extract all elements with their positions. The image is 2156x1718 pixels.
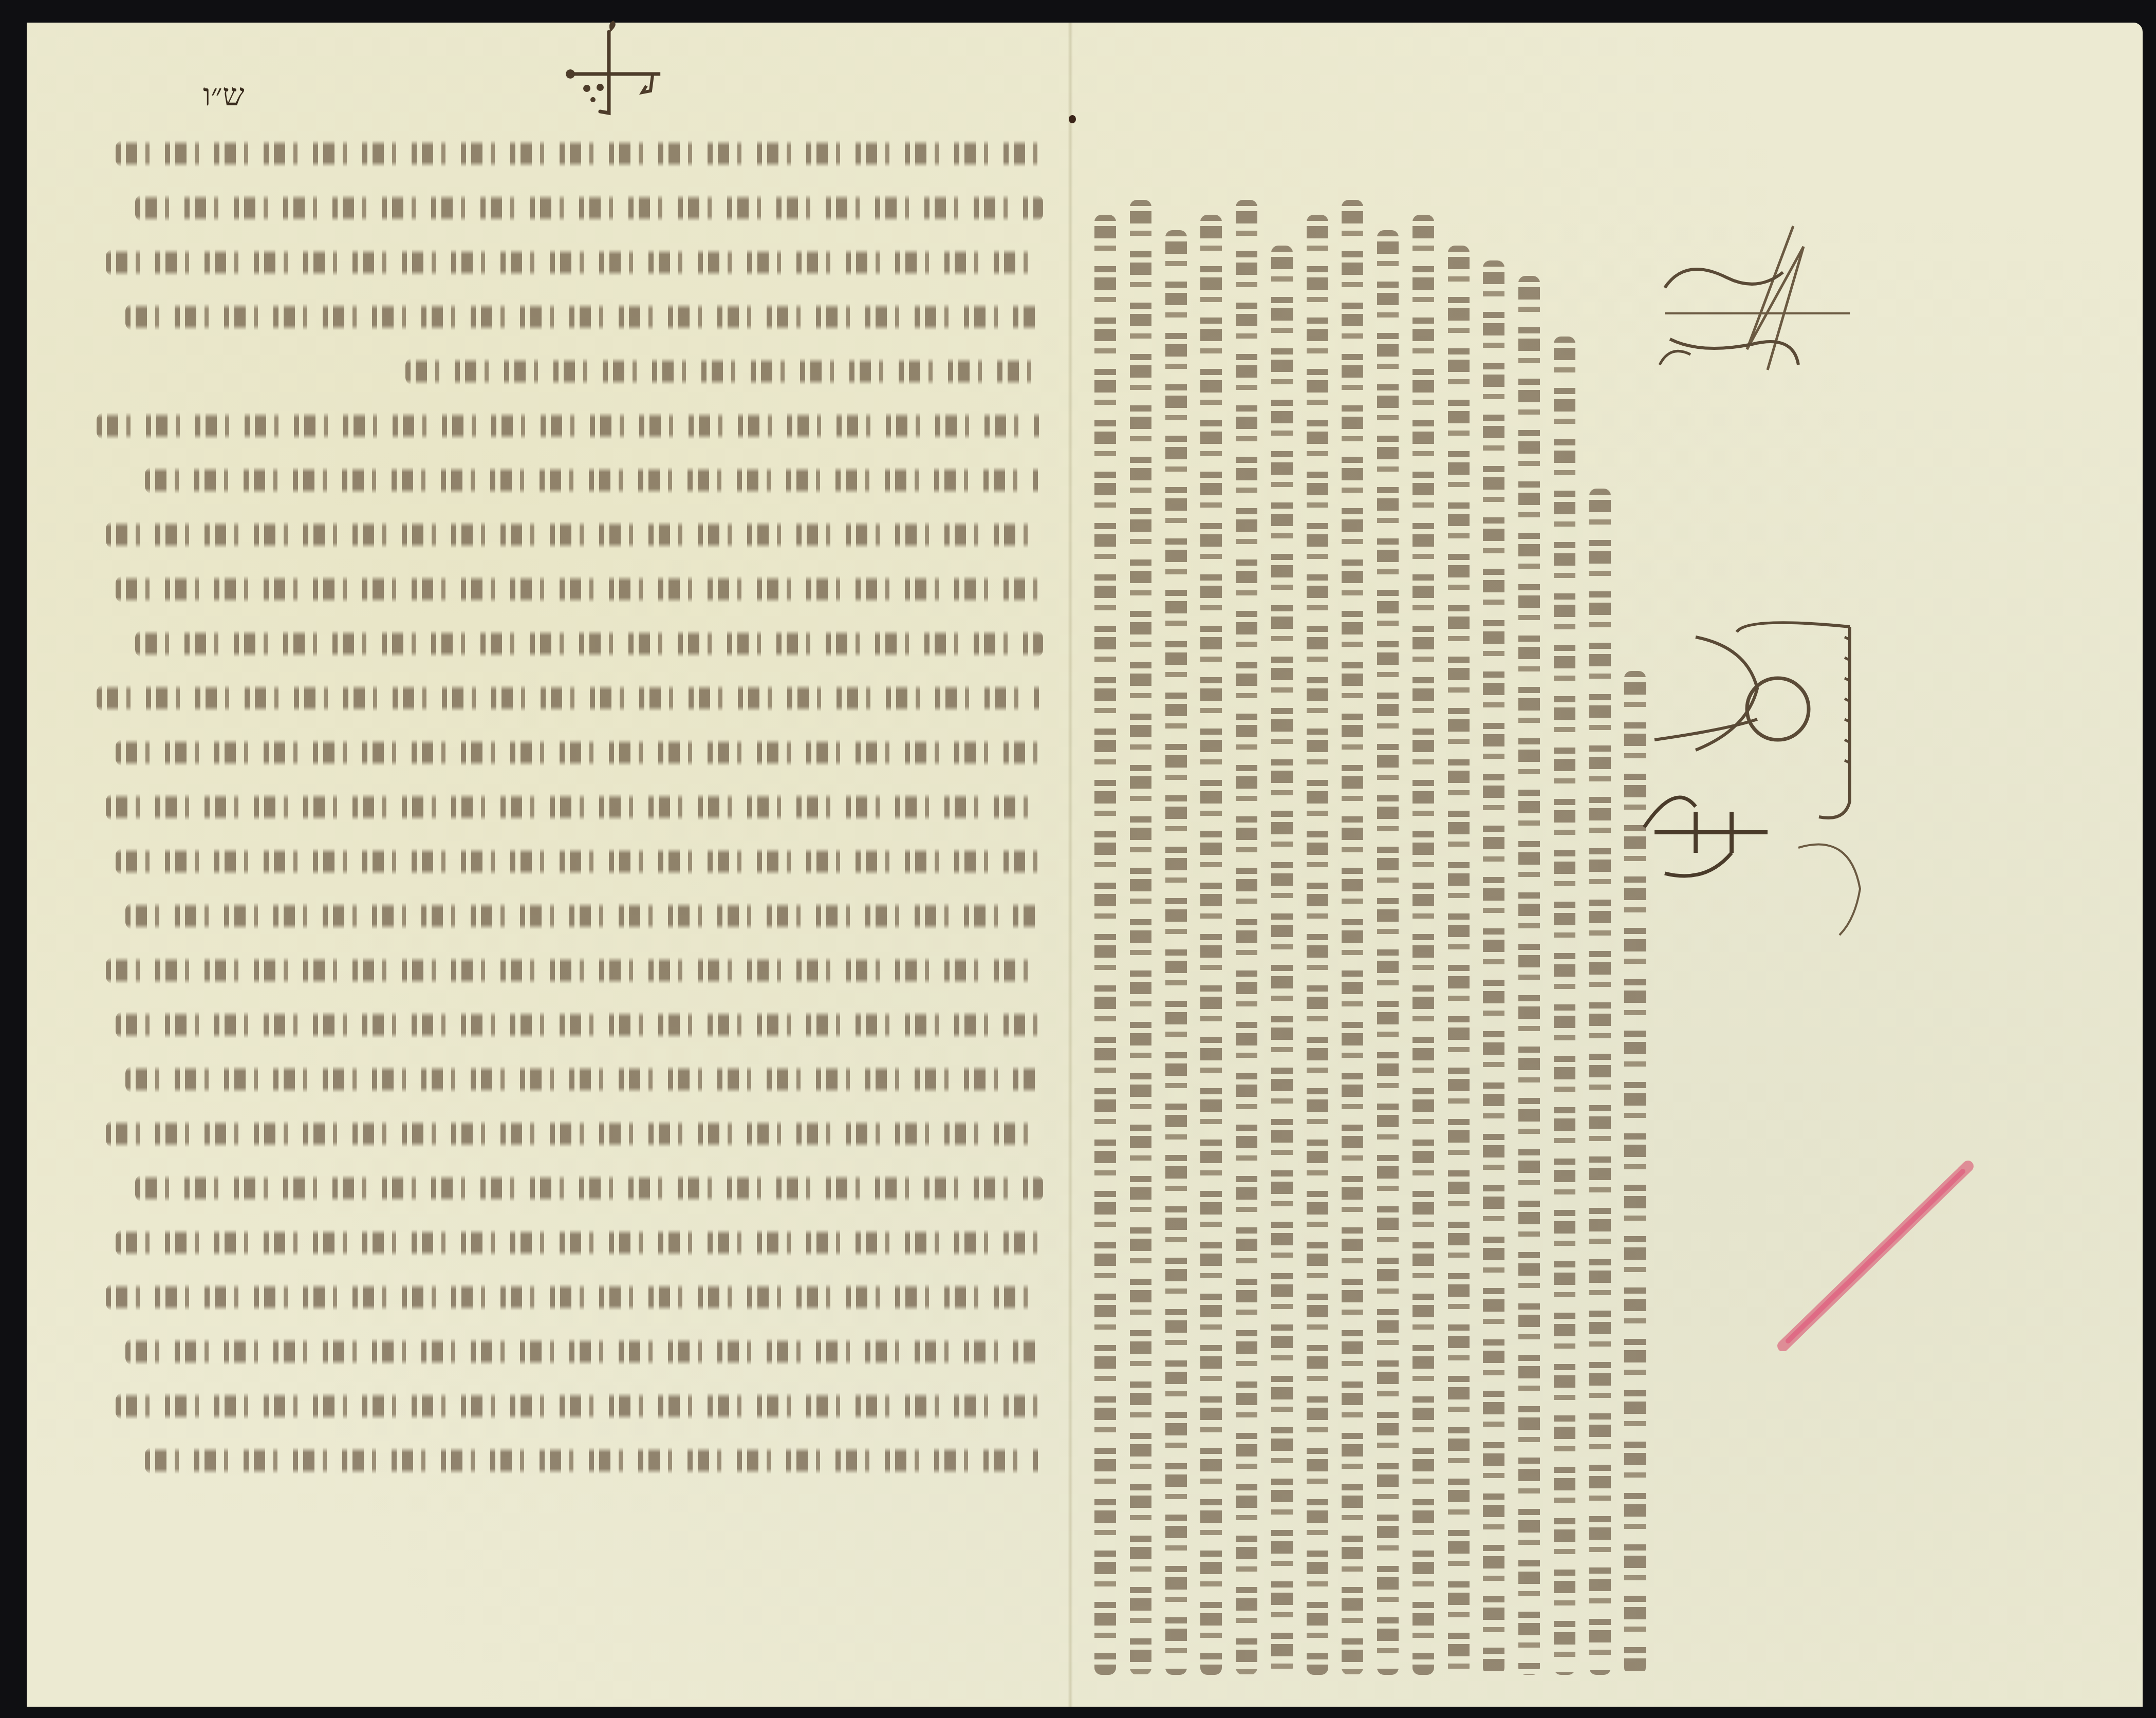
ink-strokes [1200,215,1222,1675]
ink-strokes [106,794,1043,820]
handwritten-line [77,888,1043,943]
handwritten-line [77,344,1043,398]
upper-signature-icon [1634,185,1922,545]
handwritten-line [77,562,1043,616]
ink-strokes [116,140,1043,167]
ink-strokes [1130,200,1151,1675]
handwritten-line [77,507,1043,562]
margin-note: ש״ו [203,77,245,113]
ink-strokes [125,1338,1043,1365]
handwritten-line [77,289,1043,344]
lower-signature-icon [1634,606,1922,1069]
ink-strokes [1236,200,1257,1675]
handwritten-line [77,1433,1043,1487]
handwritten-line [77,180,1043,235]
handwritten-line [77,1378,1043,1433]
ink-strokes [405,358,1043,385]
handwritten-line [77,1269,1043,1324]
handwritten-line [77,1106,1043,1161]
ink-strokes [106,957,1043,984]
handwritten-line [77,1161,1043,1215]
ink-strokes [116,1229,1043,1256]
handwritten-line [77,725,1043,779]
handwritten-line [77,126,1043,180]
ink-strokes [106,1284,1043,1311]
ink-strokes [1377,230,1399,1675]
center-fold [1068,23,1073,1707]
handwritten-line [77,398,1043,453]
left-page-text [77,126,1043,1487]
ink-strokes [1094,215,1116,1675]
ink-strokes [97,685,1043,712]
ink-strokes [116,1012,1043,1038]
ink-strokes [1483,260,1504,1675]
invocation-cross-icon [560,11,668,119]
ink-strokes [135,1175,1043,1202]
ink-strokes [125,1066,1043,1093]
handwritten-line [77,1215,1043,1269]
fold-ink-spot [1069,115,1076,123]
ink-strokes [145,1447,1043,1474]
ink-strokes [116,848,1043,875]
handwritten-line [77,235,1043,289]
ink-strokes [1307,215,1328,1675]
signature-block [1634,185,1922,1058]
ink-strokes [125,304,1043,330]
ink-strokes [116,739,1043,766]
ink-strokes [1412,215,1434,1675]
right-page-text [1089,154,1655,1675]
ink-strokes [1518,276,1540,1675]
ink-strokes [1342,200,1363,1675]
ink-strokes [116,576,1043,603]
ink-strokes [106,1121,1043,1147]
ink-strokes [1448,246,1470,1675]
handwritten-line [77,834,1043,888]
ink-strokes [1165,230,1187,1675]
ink-strokes [125,903,1043,929]
ink-strokes [1589,489,1611,1675]
ink-strokes [1271,246,1293,1675]
handwritten-line [77,670,1043,725]
ink-strokes [106,249,1043,276]
handwritten-line [77,1324,1043,1378]
ink-strokes [106,521,1043,548]
ink-strokes [97,413,1043,439]
red-pencil-mark-icon [1768,1156,1983,1351]
handwritten-line [77,1052,1043,1106]
ink-strokes [116,1393,1043,1420]
ink-strokes [145,467,1043,494]
handwritten-line [77,453,1043,507]
ink-strokes [135,195,1043,221]
ink-strokes [135,630,1043,657]
ink-strokes [1554,337,1575,1675]
handwritten-line [77,616,1043,670]
handwritten-line [77,779,1043,834]
handwritten-line [77,997,1043,1052]
handwritten-line [77,943,1043,997]
